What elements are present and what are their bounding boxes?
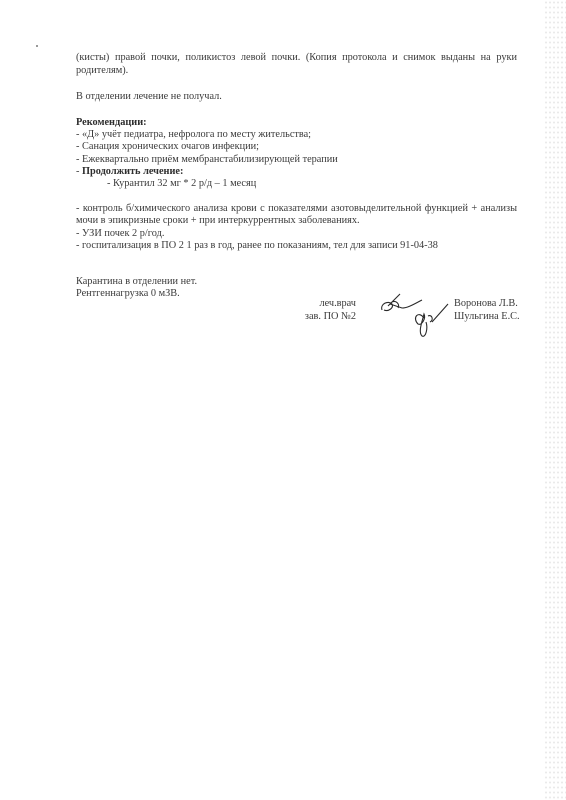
document-page: (кисты) правой почки, поликистоз левой п… xyxy=(0,0,566,800)
paragraph-diagnosis-line1: (кисты) правой почки, поликистоз левой п… xyxy=(76,52,517,65)
signature-role-doctor: леч.врач xyxy=(319,298,356,311)
scan-mark xyxy=(36,45,38,47)
signature-role-head: зав. ПО №2 xyxy=(305,311,356,324)
xray-dose-note: Рентгеннагрузка 0 мЗВ. xyxy=(76,288,180,301)
control-line1: - контроль б/химического анализа крови с… xyxy=(76,203,517,216)
recommendations-heading: Рекомендации: xyxy=(76,117,147,130)
control-line2: мочи в эпикризные сроки + при интеркурре… xyxy=(76,215,360,228)
signature-name-head: Шульгина Е.С. xyxy=(454,311,520,324)
signature-name-doctor: Воронова Л.В. xyxy=(454,298,518,311)
quarantine-note: Карантина в отделении нет. xyxy=(76,276,197,289)
medication-item: - Курантил 32 мг * 2 р/д – 1 месяц xyxy=(107,178,256,191)
handwritten-signature-icon xyxy=(378,288,458,340)
recommendation-item: - «Д» учёт педиатра, нефролога по месту … xyxy=(76,129,311,142)
continue-treatment-label: - Продолжить лечение: xyxy=(76,166,183,179)
ultrasound-item: - УЗИ почек 2 р/год. xyxy=(76,228,164,241)
hospitalization-item: - госпитализация в ПО 2 1 раз в год, ран… xyxy=(76,240,438,253)
paragraph-diagnosis-line2: родителям). xyxy=(76,65,128,78)
recommendation-item: - Санация хронических очагов инфекции; xyxy=(76,141,259,154)
recommendation-item: - Ежеквартально приём мембранстабилизиру… xyxy=(76,154,338,167)
paragraph-treatment: В отделении лечение не получал. xyxy=(76,91,222,104)
scan-edge-noise xyxy=(544,0,566,800)
